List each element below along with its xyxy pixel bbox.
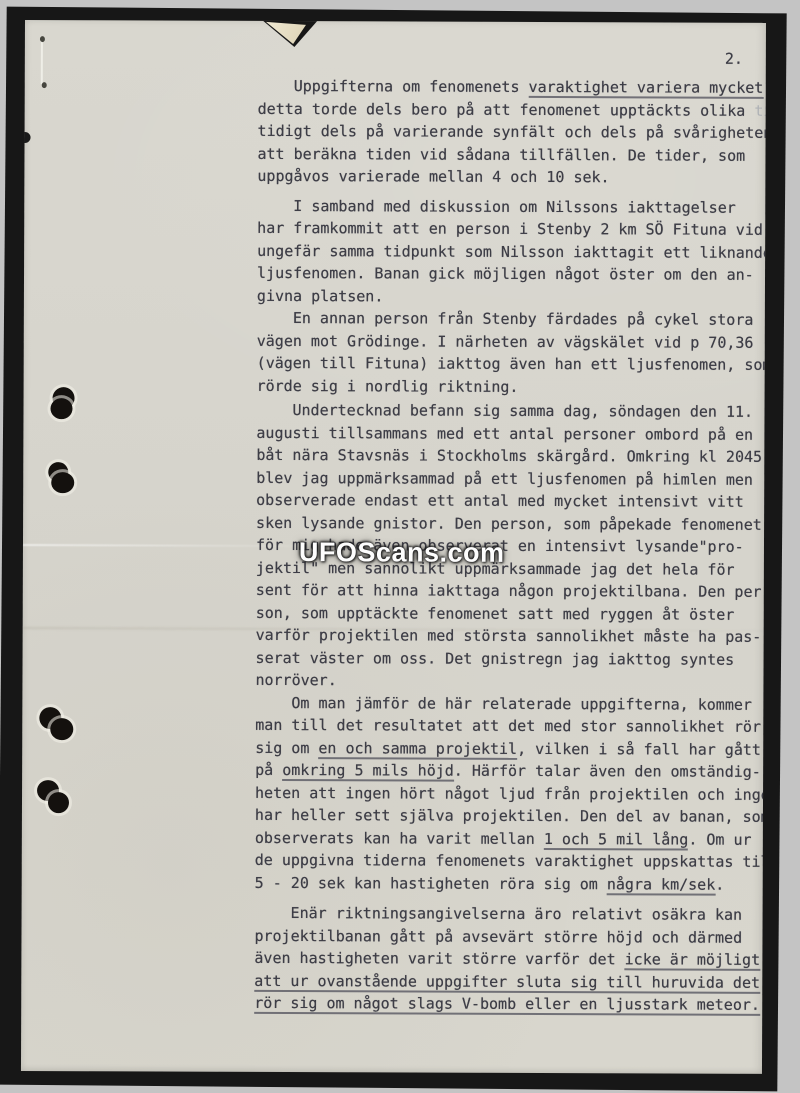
- text-line: heten att ingen hört något ljud från pro…: [255, 781, 766, 805]
- text-line: Uppgifterna om fenomenets varaktighet va…: [258, 75, 766, 99]
- text-line: man till det resultatet att det med stor…: [255, 714, 766, 738]
- text-line: rör sig om något slags V-bomb eller en l…: [254, 992, 766, 1016]
- text-line: detta torde dels bero på att fenomenet u…: [258, 97, 766, 121]
- text-line: båt nära Stavsnäs i Stockholms skärgård.…: [256, 444, 766, 468]
- text-line: projektilbanan gått på avsevärt större h…: [254, 924, 766, 948]
- paragraph: Uppgifterna om fenomenets varaktighet va…: [257, 75, 766, 189]
- text-line: blev jag uppmärksammad på ett ljusfenome…: [256, 466, 766, 490]
- staple-hole: [42, 82, 47, 88]
- text-line: serat väster om oss. Det gnistregn jag i…: [256, 646, 766, 670]
- paragraph: En annan person från Stenby färdades på …: [257, 307, 766, 399]
- text-line: Enär riktningsangivelserna äro relativt …: [255, 902, 766, 926]
- text-line: på omkring 5 mils höjd. Härför talar äve…: [255, 759, 766, 783]
- text-line: att beräkna tiden vid sådana tillfällen.…: [257, 142, 766, 166]
- text-line: 5 - 20 sek kan hastigheten röra sig om n…: [255, 871, 766, 895]
- text-line: de uppgivna tiderna fenomenets varaktigh…: [255, 849, 766, 873]
- staple-mark: [41, 38, 43, 84]
- text-line: sken lysande gnistor. Den person, som på…: [256, 511, 766, 535]
- paper-sheet: 2. Uppgifterna om fenomenets varaktighet…: [21, 20, 766, 1074]
- staple-hole: [40, 36, 45, 42]
- text-line: att ur ovanstående uppgifter sluta sig t…: [254, 969, 766, 993]
- scanned-document-page: 2. Uppgifterna om fenomenets varaktighet…: [0, 0, 800, 1093]
- text-line: givna platsen.: [257, 284, 766, 308]
- text-line: son, som upptäckte fenomenet satt med ry…: [256, 601, 766, 625]
- text-line: En annan person från Stenby färdades på …: [257, 307, 766, 331]
- page-number: 2.: [725, 50, 743, 68]
- paragraph: Enär riktningsangivelserna äro relativt …: [254, 902, 766, 1016]
- text-line: tidigt dels på varierande synfält och de…: [258, 120, 766, 144]
- text-line: vägen mot Grödinge. I närheten av vägskä…: [257, 329, 766, 353]
- text-line: norröver.: [255, 669, 766, 693]
- paragraph: I samband med diskussion om Nilssons iak…: [257, 194, 766, 308]
- watermark: UFOScans.com: [299, 537, 505, 569]
- text-line: augusti tillsammans med ett antal person…: [256, 421, 766, 445]
- edge-notch: [23, 132, 31, 143]
- text-line: (vägen till Fituna) iakttog även han ett…: [257, 352, 766, 376]
- text-line: sent för att hinna iakttaga någon projek…: [256, 579, 766, 603]
- text-line: varför projektilen med största sannolikh…: [256, 624, 766, 648]
- text-line: rörde sig i nordlig riktning.: [257, 374, 766, 398]
- text-line: I samband med diskussion om Nilssons iak…: [257, 194, 766, 218]
- text-line: Om man jämför de här relaterade uppgifte…: [255, 691, 766, 715]
- text-line: uppgåvos varierade mellan 4 och 10 sek.: [257, 165, 766, 189]
- text-line: även hastigheten varit större varför det…: [254, 947, 766, 971]
- text-line: ljusfenomen. Banan gick möjligen något ö…: [257, 262, 766, 286]
- text-line: observerats kan ha varit mellan 1 och 5 …: [255, 826, 766, 850]
- paragraph: Om man jämför de här relaterade uppgifte…: [255, 691, 766, 895]
- text-line: ungefär samma tidpunkt som Nilsson iaktt…: [257, 239, 766, 263]
- text-line: har heller sett själva projektilen. Den …: [255, 804, 766, 828]
- text-line: observerade endast ett antal med mycket …: [256, 489, 766, 513]
- text-line: sig om en och samma projektil, vilken i …: [255, 736, 766, 760]
- text-line: har framkommit att en person i Stenby 2 …: [257, 217, 766, 241]
- text-line: Undertecknad befann sig samma dag, sönda…: [256, 399, 766, 423]
